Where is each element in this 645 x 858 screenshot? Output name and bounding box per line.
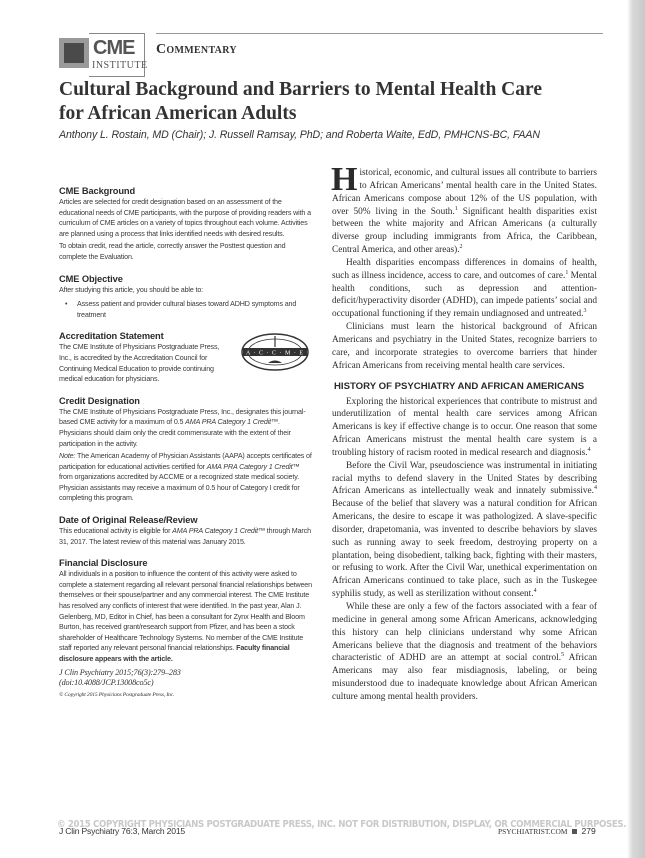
body-paragraph: Health disparities encompass differences… — [332, 257, 597, 321]
footer-journal-issue: J Clin Psychiatry 76:3, March 2015 — [59, 826, 185, 836]
financial-disclosure-heading: Financial Disclosure — [59, 557, 314, 569]
reference-link[interactable]: 3 — [583, 308, 586, 314]
cme-background-text: Articles are selected for credit designa… — [59, 197, 314, 239]
release-date-section: Date of Original Release/Review This edu… — [59, 514, 314, 547]
title-line-2: for African American Adults — [59, 103, 296, 124]
release-date-text: This educational activity is eligible fo… — [59, 526, 314, 547]
credit-designation-section: Credit Designation The CME Institute of … — [59, 395, 314, 504]
reference-link[interactable]: 2 — [460, 244, 463, 250]
copyright-notice: © Copyright 2015 Physicians Postgraduate… — [59, 690, 314, 701]
cme-background-instructions: To obtain credit, read the article, corr… — [59, 241, 314, 262]
cme-background-section: CME Background Articles are selected for… — [59, 185, 314, 263]
financial-disclosure-text: All individuals in a position to influen… — [59, 569, 314, 664]
aapa-note: Note: The American Academy of Physician … — [59, 451, 314, 504]
body-paragraph: Clinicians must learn the historical bac… — [332, 321, 597, 372]
separator-square-icon — [572, 829, 577, 834]
release-date-heading: Date of Original Release/Review — [59, 514, 314, 526]
financial-disclosure-section: Financial Disclosure All individuals in … — [59, 557, 314, 664]
logo-square-inner — [64, 43, 84, 63]
body-paragraph: Before the Civil War, pseudoscience was … — [332, 460, 597, 601]
cme-objective-section: CME Objective After studying this articl… — [59, 273, 314, 321]
doi-link[interactable]: (doi:10.4088/JCP.13008co5c) — [59, 678, 154, 687]
cme-objective-intro: After studying this article, you should … — [59, 285, 314, 296]
accme-seal-icon: A · C · C · M · E — [240, 332, 310, 372]
reference-link[interactable]: 4 — [594, 485, 597, 491]
credit-designation-text: The CME Institute of Physicians Postgrad… — [59, 407, 314, 449]
reference-link[interactable]: 4 — [534, 588, 537, 594]
body-paragraph: Historical, economic, and cultural issue… — [332, 167, 597, 257]
reference-link[interactable]: 4 — [588, 447, 591, 453]
header-rule — [156, 33, 603, 34]
drop-cap: H — [331, 167, 357, 193]
cme-objective-heading: CME Objective — [59, 273, 314, 285]
section-heading: HISTORY OF PSYCHIATRY AND AFRICAN AMERIC… — [334, 381, 597, 393]
article-body: Historical, economic, and cultural issue… — [332, 167, 597, 704]
cme-background-heading: CME Background — [59, 185, 314, 197]
title-line-1: Cultural Background and Barriers to Ment… — [59, 79, 542, 100]
accreditation-section: Accreditation Statement The CME Institut… — [59, 330, 314, 384]
objective-item: Assess patient and provider cultural bia… — [71, 299, 314, 320]
objective-list: Assess patient and provider cultural bia… — [71, 299, 314, 320]
page-header: CME INSTITUTE Commentary — [59, 30, 599, 78]
page-number: 279 — [581, 826, 595, 836]
cme-institute-logo: CME INSTITUTE — [59, 33, 147, 77]
logo-text: CME — [93, 37, 134, 59]
site-link[interactable]: PSYCHIATRIST.COM — [498, 827, 567, 836]
footer-site-page: PSYCHIATRIST.COM279 — [498, 826, 596, 836]
page-edge-shadow — [627, 0, 645, 858]
svg-text:A · C · C · M · E: A · C · C · M · E — [246, 351, 304, 357]
logo-subtext: INSTITUTE — [92, 60, 148, 71]
credit-designation-heading: Credit Designation — [59, 395, 314, 407]
cme-sidebar: CME Background Articles are selected for… — [59, 185, 314, 700]
article-authors: Anthony L. Rostain, MD (Chair); J. Russe… — [59, 129, 619, 141]
article-title: Cultural Background and Barriers to Ment… — [59, 78, 579, 126]
body-paragraph: While these are only a few of the factor… — [332, 601, 597, 704]
section-label: Commentary — [156, 42, 237, 58]
accreditation-text: The CME Institute of Physicians Postgrad… — [59, 342, 229, 384]
article-citation: J Clin Psychiatry 2015;76(3):279–283 (do… — [59, 668, 314, 689]
body-paragraph: Exploring the historical experiences tha… — [332, 396, 597, 460]
